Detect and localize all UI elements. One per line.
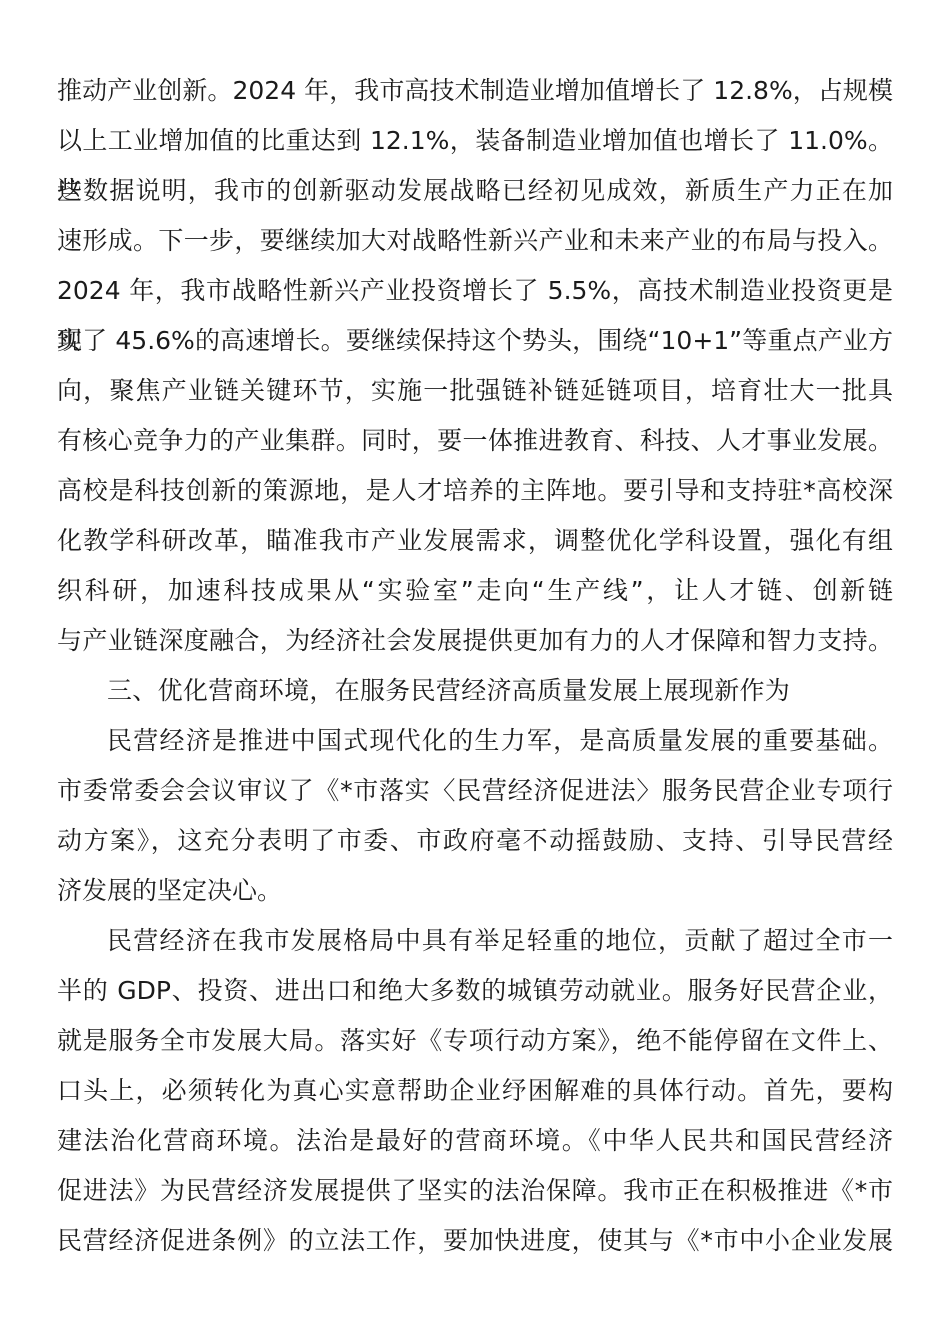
text-line: 以上工业增加值的比重达到 12.1%，装备制造业增加值也增长了 11.0%。这 — [57, 116, 893, 166]
text-line: 现了 45.6%的高速增长。要继续保持这个势头，围绕“10+1”等重点产业方 — [57, 316, 893, 366]
text-line: 民营经济是推进中国式现代化的生力军，是高质量发展的重要基础。 — [57, 716, 893, 766]
text-line: 些数据说明，我市的创新驱动发展战略已经初见成效，新质生产力正在加 — [57, 166, 893, 216]
text-line: 民营经济在我市发展格局中具有举足轻重的地位，贡献了超过全市一 — [57, 916, 893, 966]
text-line: 建法治化营商环境。法治是最好的营商环境。《中华人民共和国民营经济 — [57, 1116, 893, 1166]
text-line: 促进法》为民营经济发展提供了坚实的法治保障。我市正在积极推进《*市 — [57, 1166, 893, 1216]
text-line: 高校是科技创新的策源地，是人才培养的主阵地。要引导和支持驻*高校深 — [57, 466, 893, 516]
text-line: 民营经济促进条例》的立法工作，要加快进度，使其与《*市中小企业发展 — [57, 1216, 893, 1266]
text-line: 市委常委会会议审议了《*市落实〈民营经济促进法〉服务民营企业专项行 — [57, 766, 893, 816]
section-heading: 三、优化营商环境，在服务民营经济高质量发展上展现新作为 — [57, 666, 893, 716]
text-line: 向，聚焦产业链关键环节，实施一批强链补链延链项目，培育壮大一批具 — [57, 366, 893, 416]
text-line: 织科研，加速科技成果从“实验室”走向“生产线”，让人才链、创新链 — [57, 566, 893, 616]
text-line: 化教学科研改革，瞄准我市产业发展需求，调整优化学科设置，强化有组 — [57, 516, 893, 566]
text-line: 半的 GDP、投资、进出口和绝大多数的城镇劳动就业。服务好民营企业， — [57, 966, 893, 1016]
text-line: 推动产业创新。2024 年，我市高技术制造业增加值增长了 12.8%，占规模 — [57, 66, 893, 116]
document-page: 推动产业创新。2024 年，我市高技术制造业增加值增长了 12.8%，占规模以上… — [0, 0, 950, 1344]
text-line: 有核心竞争力的产业集群。同时，要一体推进教育、科技、人才事业发展。 — [57, 416, 893, 466]
text-line: 就是服务全市发展大局。落实好《专项行动方案》，绝不能停留在文件上、 — [57, 1016, 893, 1066]
text-line: 速形成。下一步，要继续加大对战略性新兴产业和未来产业的布局与投入。 — [57, 216, 893, 266]
text-line: 济发展的坚定决心。 — [57, 866, 893, 916]
text-line: 口头上，必须转化为真心实意帮助企业纾困解难的具体行动。首先，要构 — [57, 1066, 893, 1116]
document-body: 推动产业创新。2024 年，我市高技术制造业增加值增长了 12.8%，占规模以上… — [0, 0, 950, 1266]
text-line: 动方案》，这充分表明了市委、市政府毫不动摇鼓励、支持、引导民营经 — [57, 816, 893, 866]
text-line: 2024 年，我市战略性新兴产业投资增长了 5.5%，高技术制造业投资更是实 — [57, 266, 893, 316]
text-line: 与产业链深度融合，为经济社会发展提供更加有力的人才保障和智力支持。 — [57, 616, 893, 666]
